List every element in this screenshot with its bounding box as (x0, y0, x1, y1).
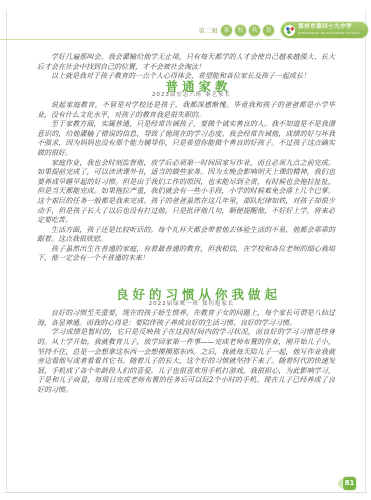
section-label: 第二辑 (199, 26, 219, 35)
section-badge-circle: 校 (235, 25, 246, 36)
section-badge-circle: 家 (221, 25, 232, 36)
section-badge-circle: 育 (263, 25, 274, 36)
school-subtitle: ZHENGZHOU NO.49 MIDDLE SCHOOL (298, 32, 360, 35)
body-paragraph: 学好几遍那叫会。我会灌输给他学无止境，只有每天都学的人才会使自己越来越强大、长大… (37, 53, 335, 72)
page-header: 第二辑 家校共育 郑州市第四十九中学 ZHENGZHOU NO.49 MIDDL… (199, 22, 368, 38)
body-paragraph: 至于家教方面，实属普通，只是经常告诫孩子，要做个诚实善良的人。我不知道是不是我潜… (37, 120, 335, 158)
section-badge-circle: 共 (249, 25, 260, 36)
scan-edge-bottom (4, 492, 367, 493)
scan-edge-left (6, 10, 7, 492)
page-number-badge: 81 (343, 477, 356, 490)
section-badge-circles: 家校共育 (221, 25, 277, 36)
essay-good-habits: 良好的习惯从你我做起 2022届绿鹰一班 郑钊旭家长 良好的习惯至关重要，现在的… (37, 290, 335, 396)
essay-byline: 2023届宏志六班 秦艺家长 (37, 91, 335, 101)
essay-ordinary-family-education: 普通家教 2023届宏志六班 秦艺家长 说起家庭教育，不管是对学校还是孩子，我都… (37, 82, 335, 264)
essay-body: 说起家庭教育，不管是对学校还是孩子，我都深感惭愧。毕竟我和孩子的爸爸都是小学毕业… (37, 101, 335, 264)
school-text: 郑州市第四十九中学 ZHENGZHOU NO.49 MIDDLE SCHOOL (298, 25, 360, 35)
body-paragraph: 说起家庭教育，不管是对学校还是孩子，我都深感惭愧。毕竟我和孩子的爸爸都是小学毕业… (37, 101, 335, 120)
body-paragraph: 孩子虽然出生在普通的家庭，有着最普通的教育，但我相信，在学校和各位老师的细心栽培… (37, 245, 335, 264)
essay-title: 普通家教 (37, 82, 335, 92)
header-divider (0, 39, 281, 40)
page-footer: 81 (338, 477, 356, 490)
scan-edge-right (365, 10, 366, 492)
school-banner: 郑州市第四十九中学 ZHENGZHOU NO.49 MIDDLE SCHOOL (281, 22, 368, 38)
school-logo-icon (284, 25, 295, 36)
essay-title: 良好的习惯从你我做起 (37, 290, 335, 300)
body-paragraph: 生活方面，孩子还是比较听话的。每个礼拜天都会带着他去体验生活的不易，他都会乖乖的… (37, 226, 335, 245)
essay-body: 良好的习惯至关重要，现在的孩子娇生惯养，在教育子女的问题上，每个家长可谓是八仙过… (37, 309, 335, 395)
page-content: 学好几遍那叫会。我会灌输给他学无止境，只有每天都学的人才会使自己越来越强大、长大… (37, 53, 335, 396)
intro-paragraphs: 学好几遍那叫会。我会灌输给他学无止境，只有每天都学的人才会使自己越来越强大、长大… (37, 53, 335, 82)
essay-byline: 2022届绿鹰一班 郑钊旭家长 (37, 300, 335, 310)
body-paragraph: 良好的习惯至关重要，现在的孩子娇生惯养，在教育子女的问题上，每个家长可谓是八仙过… (37, 309, 335, 328)
school-name: 郑州市第四十九中学 (298, 25, 360, 31)
body-paragraph: 学习成绩是暂时的，它只是反映孩子在这段时间内的学习状况，而良好的学习习惯是终身的… (37, 328, 335, 395)
body-paragraph: 家庭作业，我也会时刻监督他，放学后必须第一时间回家写作业，而且必须九点之前完成。… (37, 159, 335, 226)
